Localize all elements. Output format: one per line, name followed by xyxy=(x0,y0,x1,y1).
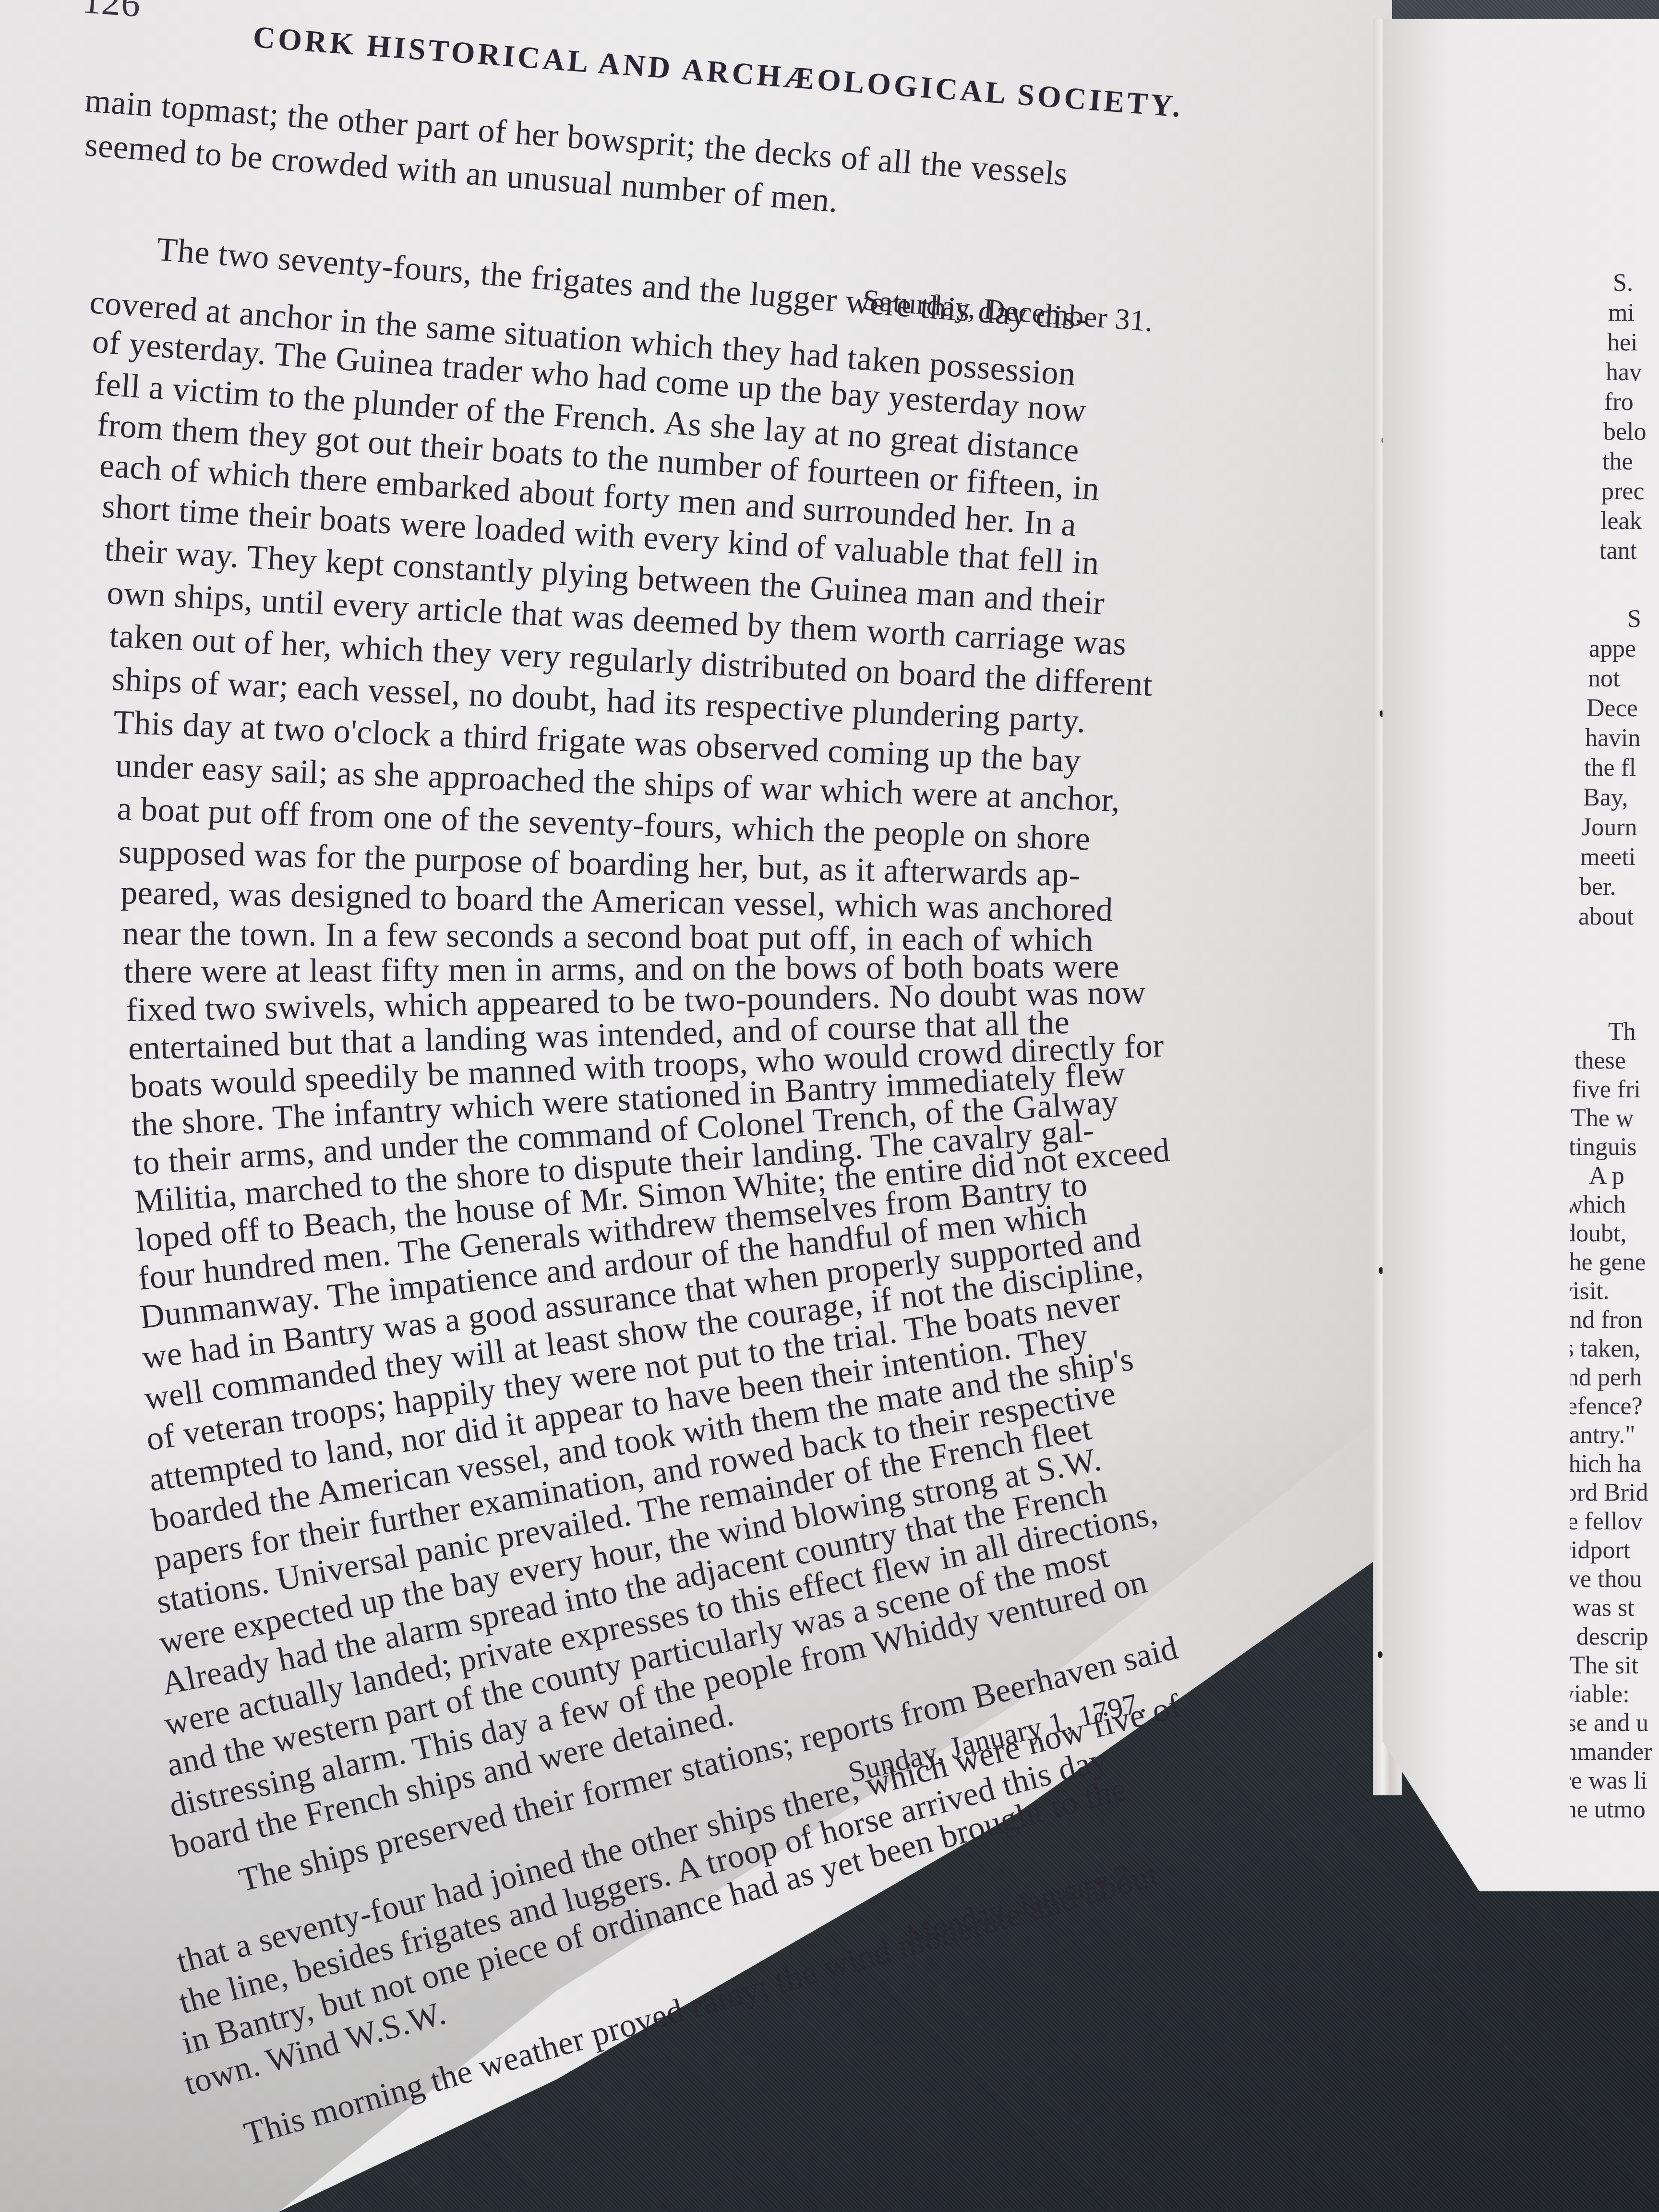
right-page-text-line: hei xyxy=(1607,328,1638,357)
right-page-text-line: and perh xyxy=(1570,1363,1642,1392)
right-page-text-line: and fron xyxy=(1570,1306,1643,1334)
right-page-text-line: the fellov xyxy=(1570,1507,1643,1536)
right-page-text-line: visit. xyxy=(1570,1277,1610,1305)
right-page-text-line: havin xyxy=(1585,724,1641,752)
right-page-text-line: is taken, xyxy=(1570,1334,1640,1363)
right-page-text-line: enviable: xyxy=(1570,1680,1630,1708)
right-page-text-line: appe xyxy=(1589,635,1636,663)
right-page-text-line: of the utmo xyxy=(1570,1795,1646,1824)
right-page-text-line: The w xyxy=(1571,1104,1634,1132)
binding-stitch xyxy=(1378,1651,1382,1658)
right-page-text-line: about xyxy=(1578,902,1634,931)
right-page-text-line: these xyxy=(1575,1046,1626,1075)
right-page-text-line: Dece xyxy=(1587,694,1638,722)
right-page-text-line: five fri xyxy=(1572,1075,1641,1104)
right-page-text-line: mi xyxy=(1608,299,1635,327)
right-page-text: S.miheihavfrobelotheprecleaktantSappenot… xyxy=(1570,269,1659,1901)
right-page-text-line: tinguis xyxy=(1570,1133,1637,1161)
right-page-text-line: Journ xyxy=(1582,813,1637,842)
right-page-text-line: prec xyxy=(1601,477,1644,505)
right-page-text-line: the xyxy=(1602,447,1633,476)
right-page-text-line: Bantry." xyxy=(1570,1421,1635,1449)
right-page-text-line: Bay, xyxy=(1583,783,1628,812)
right-page-text-line: doubt, xyxy=(1570,1219,1626,1248)
right-page-text-line: belo xyxy=(1603,418,1647,446)
right-page-text-line: have thou xyxy=(1570,1565,1642,1593)
right-page-text-line: Lord Brid xyxy=(1570,1479,1648,1507)
right-page-text-line: fro xyxy=(1604,388,1634,416)
right-page-text-line: A p xyxy=(1589,1162,1624,1190)
right-page-text-line: which ha xyxy=(1570,1450,1641,1478)
right-page-text-line: the gene xyxy=(1570,1248,1646,1276)
right-page-text-line: the fl xyxy=(1584,754,1636,782)
right-page-text-line: defence? xyxy=(1570,1392,1643,1420)
right-page-text-line: Th xyxy=(1608,1018,1636,1046)
right-page-text-line: ber. xyxy=(1579,873,1616,901)
right-page-text-line: he was st xyxy=(1570,1594,1635,1622)
right-page-text-line: S. xyxy=(1613,269,1633,297)
right-page-text-line: Bridport xyxy=(1570,1536,1630,1564)
right-page-text-line: tant xyxy=(1599,537,1637,565)
right-page-text-line: S xyxy=(1627,605,1641,633)
right-page-text-line: hav xyxy=(1606,358,1642,386)
right-page-text-line: not xyxy=(1588,664,1620,693)
right-page-text-line: commander xyxy=(1570,1738,1652,1766)
right-page-text-line: The sit xyxy=(1570,1651,1638,1680)
right-page-text-line: which xyxy=(1570,1190,1626,1219)
right-page-text-line: his descrip xyxy=(1570,1623,1648,1651)
right-page-text-line: leak xyxy=(1600,507,1642,535)
page-number: 126 xyxy=(81,0,142,26)
right-page-text-line: there was li xyxy=(1570,1767,1647,1795)
right-page-text-line: close and u xyxy=(1570,1709,1648,1737)
right-page-text-line: meeti xyxy=(1580,843,1636,871)
